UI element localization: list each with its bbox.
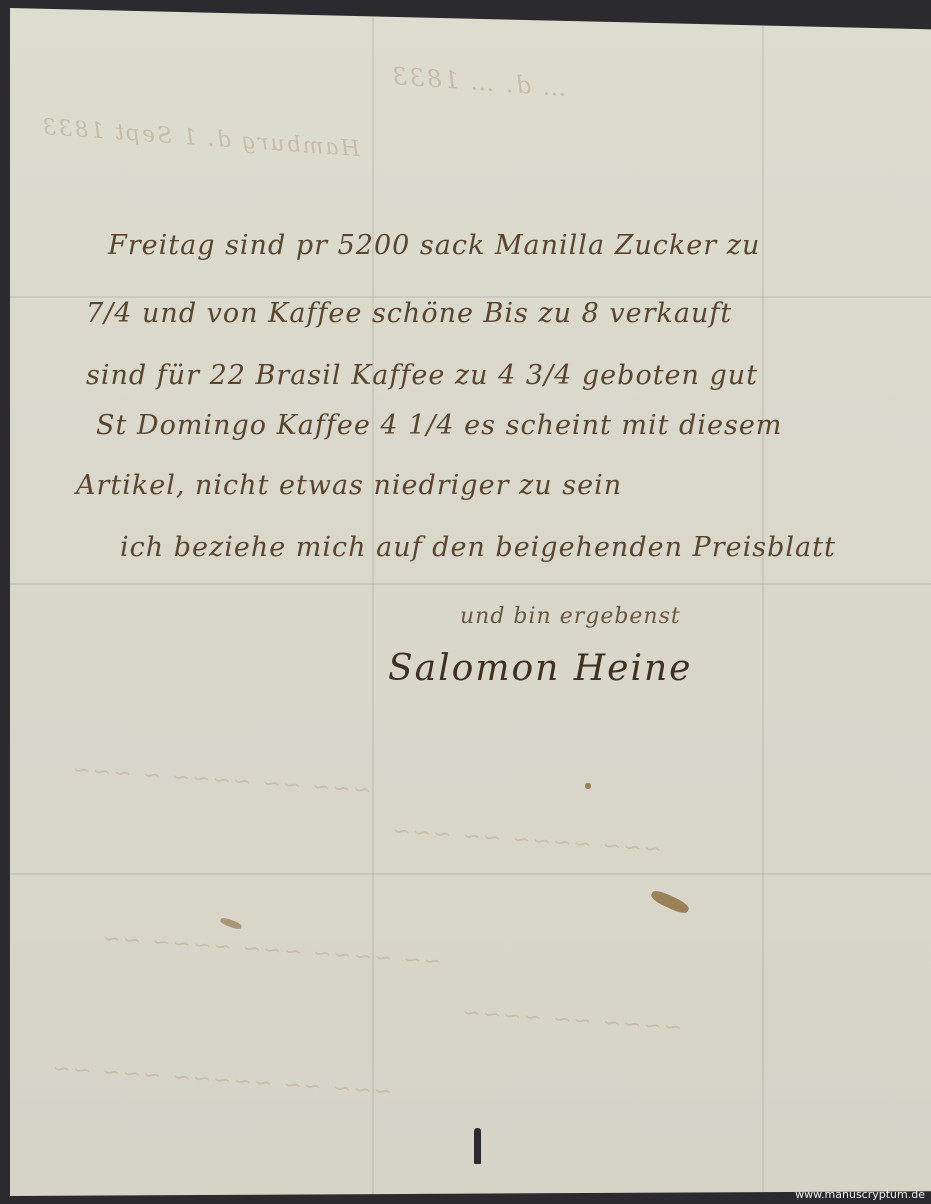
fold-line (372, 8, 374, 1196)
letter-line-6: ich beziehe mich auf den beigehenden Pre… (120, 532, 836, 563)
bleed-through-header: … d. … 1833 (389, 62, 567, 102)
ink-mark (474, 1128, 481, 1164)
letter-line-3: sind für 22 Brasil Kaffee zu 4 3/4 gebot… (86, 360, 758, 391)
letter-line-1: Freitag sind pr 5200 sack Manilla Zucker… (108, 230, 760, 261)
fold-line (10, 583, 931, 585)
letter-line-4: St Domingo Kaffee 4 1/4 es scheint mit d… (96, 410, 782, 441)
letter-line-2: 7/4 und von Kaffee schöne Bis zu 8 verka… (86, 298, 732, 329)
watermark: www.manuscryptum.de (795, 1188, 925, 1201)
letter-closing: und bin ergebenst (460, 604, 681, 629)
letter-line-5: Artikel, nicht etwas niedriger zu sein (76, 470, 622, 501)
fold-line (762, 8, 764, 1196)
letter-paper: … d. … 1833 Hamburg d. 1 Sept 1833 ~~~ ~… (10, 8, 931, 1196)
ink-dot (585, 783, 591, 789)
ink-stain (219, 916, 242, 930)
bleed-through-date: Hamburg d. 1 Sept 1833 (40, 115, 361, 162)
signature: Salomon Heine (388, 648, 692, 689)
ink-stain (649, 888, 690, 916)
fold-line (10, 873, 931, 875)
